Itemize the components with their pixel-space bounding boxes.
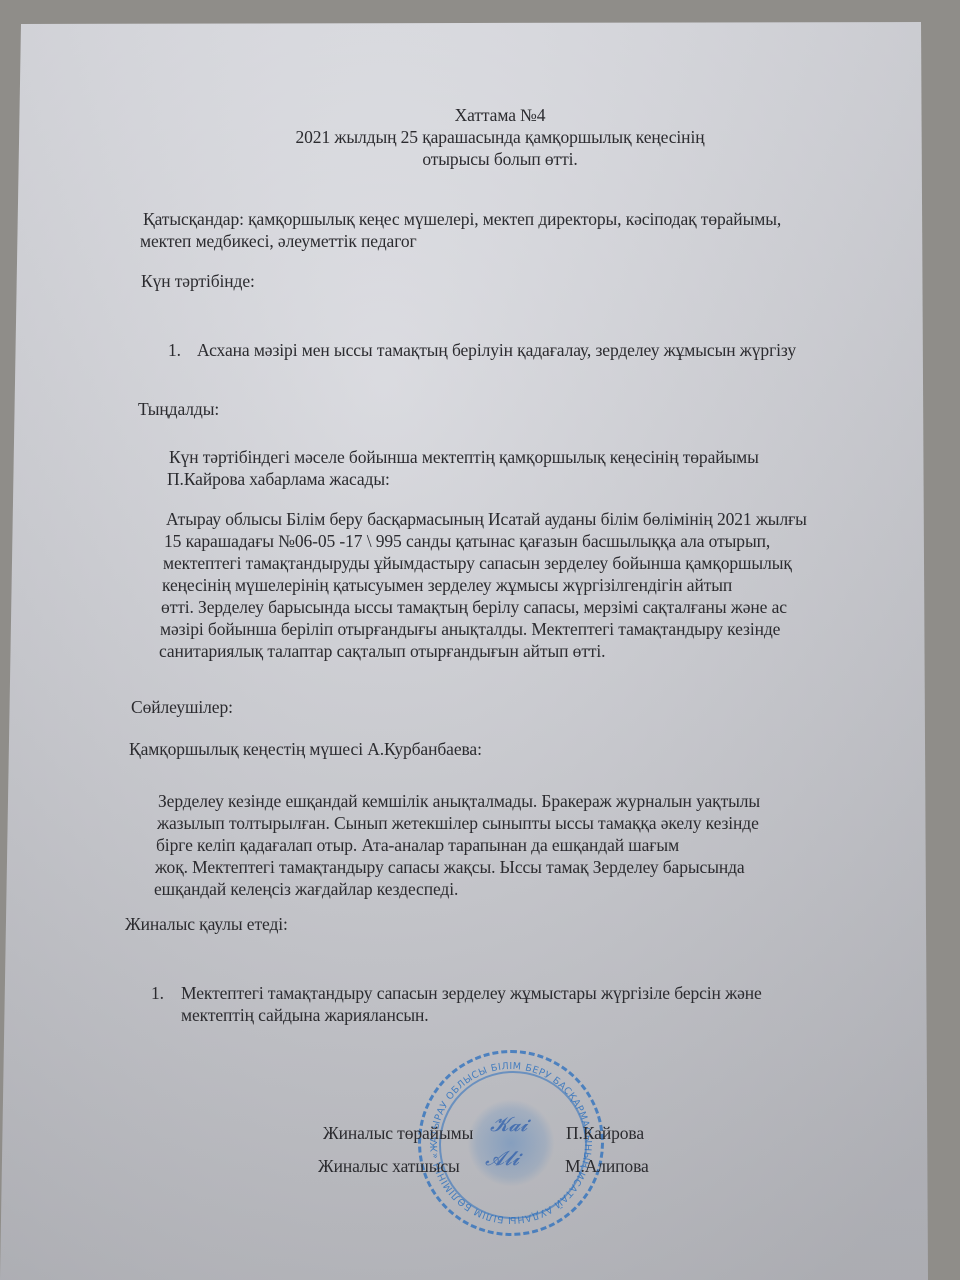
document-subtitle-line1: 2021 жылдың 25 қарашасында қамқоршылық к…	[250, 126, 750, 148]
speaker-body-line: жазылып толтырылған. Сынып жетекшілер сы…	[157, 812, 759, 834]
handwritten-signature-chair: 𝓚𝓪𝓲	[490, 1112, 527, 1136]
listened-body-line: кеңесінің мүшелерінің қатысуымен зерделе…	[162, 574, 732, 596]
resolution-item-line1: Мектептегі тамақтандыру сапасын зерделеу…	[181, 982, 762, 1004]
speaker-body-line: жоқ. Мектептегі тамақтандыру сапасы жақс…	[155, 856, 745, 878]
resolution-item-line2: мектептің сайдына жариялансын.	[181, 1004, 429, 1026]
agenda-item-text: Асхана мәзірі мен ыссы тамақтың берілуін…	[197, 339, 796, 361]
speaker-body-line: Зерделеу кезінде ешқандай кемшілік анықт…	[158, 790, 760, 812]
resolution-item-number: 1.	[151, 982, 164, 1004]
signature-name-chair: П.Кайрова	[566, 1122, 644, 1144]
listened-body-line: санитариялық талаптар сақталып отырғанды…	[159, 640, 605, 662]
agenda-item-number: 1.	[168, 339, 181, 361]
listened-body-line: 15 карашадағы №06-05 -17 \ 995 санды қат…	[164, 530, 770, 552]
document-title: Хаттама №4	[250, 104, 750, 126]
agenda-heading: Күн тәртібінде:	[141, 270, 255, 292]
speakers-heading: Сөйлеушілер:	[131, 696, 233, 718]
participants-line2: мектеп медбикесі, әлеуметтік педагог	[140, 230, 417, 252]
listened-body-line: Атырау облысы Білім беру басқармасының И…	[166, 508, 807, 530]
listened-body-line: мектептегі тамақтандыруды ұйымдастыру са…	[163, 552, 792, 574]
speaker-name: Қамқоршылық кеңестің мүшесі А.Курбанбаев…	[129, 738, 482, 760]
listened-body-line: өтті. Зерделеу барысында ыссы тамақтың б…	[161, 596, 787, 618]
speaker-body-line: ешқандай келеңсіз жағдайлар кездеспеді.	[154, 878, 458, 900]
speaker-body-line: бірге келіп қадағалап отыр. Ата-аналар т…	[156, 834, 679, 856]
listened-intro-line2: П.Кайрова хабарлама жасады:	[167, 468, 390, 490]
listened-heading: Тыңдалды:	[138, 398, 219, 420]
listened-body-line: мәзірі бойынша беріліп отырғандығы анықт…	[160, 618, 780, 640]
document-subtitle-line2: отырысы болып өтті.	[250, 148, 750, 170]
signature-name-secretary: М.Алипова	[565, 1155, 649, 1177]
signature-role-chair: Жиналыс төрайымы	[323, 1122, 473, 1144]
participants-line1: Қатысқандар: қамқоршылық кеңес мүшелері,…	[143, 208, 781, 230]
resolution-heading: Жиналыс қаулы етеді:	[125, 913, 288, 935]
listened-intro-line1: Күн тәртібіндегі мәселе бойынша мектепті…	[169, 446, 759, 468]
signature-role-secretary: Жиналыс хатшысы	[318, 1155, 460, 1177]
handwritten-signature-secretary: 𝓐𝓵𝓲	[485, 1146, 519, 1170]
